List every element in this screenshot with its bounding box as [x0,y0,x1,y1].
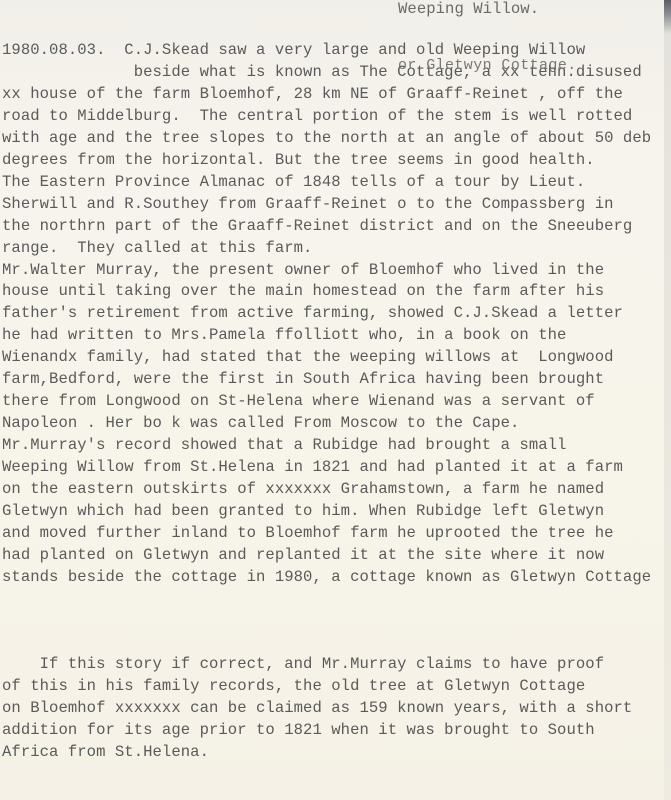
text-line: Mr.Walter Murray, the present owner of B… [2,261,604,279]
text-line: and moved further inland to Bloemhof far… [2,524,614,542]
text-line: farm,Bedford, were the first in South Af… [2,370,604,388]
text-line: The Eastern Province Almanac of 1848 tel… [2,173,585,191]
text-line: Napoleon . Her bo k was called From Mosc… [2,414,519,432]
text-line: the northrn part of the Graaff-Reinet di… [2,217,632,235]
text-line: Weeping Willow from St.Helena in 1821 an… [2,458,623,476]
text-line: of this in his family records, the old t… [2,677,585,695]
text-line: house until taking over the main homeste… [2,282,604,300]
text-line: there from Longwood on St-Helena where W… [2,392,595,410]
text-line: Wienandx family, had stated that the wee… [2,348,614,366]
text-line: degrees from the horizontal. But the tre… [2,151,595,169]
scan-edge [664,0,671,800]
text-line: on Bloemhof xxxxxxx can be claimed as 15… [2,699,632,717]
text-line: addition for its age prior to 1821 when … [2,721,595,739]
text-line: Gletwyn which had been granted to him. W… [2,502,604,520]
text-line: father's retirement from active farming,… [2,304,623,322]
text-line: on the eastern outskirts of xxxxxxx Grah… [2,480,604,498]
text-line: with age and the tree slopes to the nort… [2,129,651,147]
text-line: Sherwill and R.Southey from Graaff-Reine… [2,195,614,213]
overtyped-insert: or Gletwyn Cottage. [398,57,577,75]
text-line: xx house of the farm Bloemhof, 28 km NE … [2,85,623,103]
text-line: road to Middelburg. The central portion … [2,107,632,125]
text-line: range. They called at this farm. [2,239,312,257]
document-title: Weeping Willow. [398,0,539,18]
text-line: Africa from St.Helena. [2,743,209,761]
text-line: If this story if correct, and Mr.Murray … [2,655,604,673]
text-line: stands beside the cottage in 1980, a cot… [2,568,651,586]
text-line: had planted on Gletwyn and replanted it … [2,546,604,564]
text-line: he had written to Mrs.Pamela ffolliott w… [2,326,566,344]
text-line: Mr.Murray's record showed that a Rubidge… [2,436,566,454]
